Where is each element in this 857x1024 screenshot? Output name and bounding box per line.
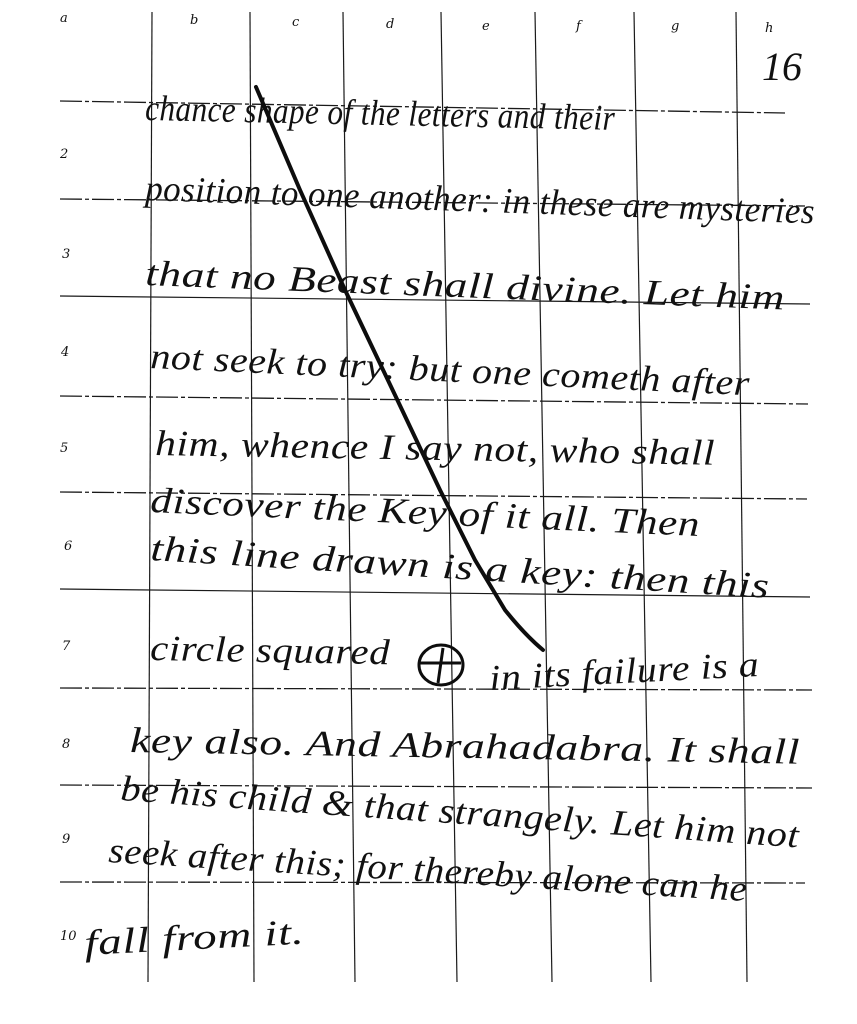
handwritten-text: chance shape of the letters and their po… — [83, 88, 815, 963]
row-numbers: 2 3 4 5 6 7 8 9 10 — [59, 147, 77, 944]
text-line: him, whence I say not, who shall — [155, 423, 716, 473]
text-line: not seek to try: but one cometh after — [150, 336, 752, 403]
text-line: key also. And Abrahadabra. It shall — [130, 720, 801, 772]
column-label: f — [575, 19, 583, 34]
manuscript-page: a b c d e f g h 16 2 3 4 5 6 7 8 9 10 ch… — [0, 0, 857, 1024]
text-line: circle squared — [150, 628, 391, 672]
text-line: chance shape of the letters and their — [145, 88, 616, 138]
page-number: 16 — [762, 44, 802, 89]
text-line: fall from it. — [83, 912, 305, 963]
text-line: that no Beast shall divine. Let him — [145, 253, 786, 318]
row-number: 4 — [60, 345, 69, 360]
column-label: d — [386, 17, 394, 32]
row-number: 5 — [60, 441, 68, 456]
column-label: c — [292, 15, 300, 30]
circle-cross-icon — [419, 645, 463, 685]
text-line: position to one another: in these are my… — [142, 168, 816, 231]
row-number: 10 — [60, 929, 77, 944]
row-number: 9 — [62, 832, 70, 847]
row-number: 7 — [62, 639, 71, 654]
row-number: 3 — [62, 247, 70, 262]
manuscript-sheet: a b c d e f g h 16 2 3 4 5 6 7 8 9 10 ch… — [0, 0, 857, 1024]
row-number: 6 — [64, 539, 72, 554]
column-label: e — [482, 19, 490, 34]
row-number: 8 — [62, 737, 70, 752]
column-labels: a b c d e f g h — [60, 11, 773, 36]
column-label: b — [190, 13, 198, 28]
column-label: g — [671, 19, 679, 34]
column-label: h — [765, 21, 773, 36]
column-label: a — [60, 11, 68, 26]
row-number: 2 — [59, 147, 68, 162]
